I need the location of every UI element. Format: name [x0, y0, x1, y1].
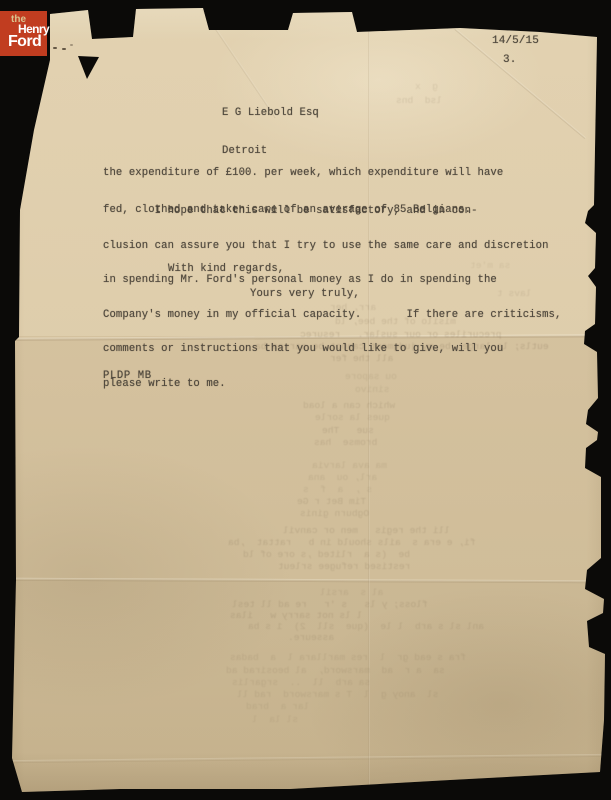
bleed-through-line: fra s ead gr l res marllara l a badas	[230, 653, 466, 663]
fold-crease-bottom	[0, 578, 611, 584]
bleed-through-line: bromse has	[314, 438, 377, 448]
bleed-through-line: ques la sorle	[315, 413, 390, 423]
bleed-through-line: g x	[415, 82, 438, 92]
bleed-through-line: sl la l	[252, 715, 298, 725]
ink-speck	[62, 48, 66, 50]
typist-initials: PLDP MB	[103, 371, 152, 383]
bleed-through-line: s , a f s	[303, 485, 372, 495]
bleed-through-line: sa arb ll .. srgarlis	[232, 678, 370, 688]
bleed-through-line: fi, e era s ails should in b rattat ,ba	[228, 538, 476, 548]
pencil-mark	[70, 44, 73, 46]
bleed-through-line: sa a r ad marsword, al beosirad ad	[226, 666, 445, 676]
body-line: please write to me.	[103, 379, 561, 391]
bleed-through-line: restised refugee srleut	[278, 562, 410, 572]
bleed-through-line: be (s a rlited ,s ore of ld	[243, 550, 410, 560]
bleed-through-line: ma ava larvia	[312, 461, 387, 471]
ink-speck	[53, 47, 57, 49]
logo-ford-text: Ford	[8, 33, 41, 51]
bleed-through-line: asseure.	[288, 633, 334, 643]
bleed-through-line: l ls not sarry w ilas	[230, 611, 362, 621]
page-number: 3.	[503, 55, 516, 67]
letter-page: g xlsd bnssa m'etlavs tarr, bermisilo of…	[0, 0, 611, 800]
closing-line: Yours very truly,	[250, 289, 360, 301]
bleed-through-line: sl anoy g l T s marsword rad ll	[237, 690, 439, 700]
body-line: the expenditure of £100. per week, which…	[103, 167, 503, 179]
scan-viewport: g xlsd bnssa m'etlavs tarr, bermisilo of…	[0, 0, 611, 800]
body-line: in spending Mr. Ford's personal money as…	[103, 275, 561, 287]
bleed-through-line: Ogburn ginis	[300, 509, 369, 519]
bleed-through-line: lsd bns	[396, 96, 442, 106]
bleed-through-line: lli the regis men or canvil	[283, 526, 450, 536]
body-line: Company's money in my official capacity.…	[103, 310, 561, 322]
body-line: clusion can assure you that I try to use…	[103, 241, 561, 253]
recipient-name: E G Liebold Esq	[222, 107, 319, 120]
bleed-through-line: floss; y ls s 'r re ad ll tesl	[232, 600, 428, 610]
henry-ford-logo: the Henry Ford	[0, 11, 47, 56]
fold-crease-lower	[0, 754, 611, 763]
bleed-through-line: lar a brad	[246, 702, 309, 712]
body-line: comments or instructions that you would …	[103, 344, 561, 356]
bleed-through-line: anl sl s arb l le (que sll 2) 1 s ba	[248, 622, 484, 632]
bleed-through-line: sue The	[322, 426, 374, 436]
bleed-through-line: arl, ou ana	[308, 473, 377, 483]
letter-date: 14/5/15	[492, 36, 539, 48]
regards-line: With kind regards,	[168, 264, 284, 276]
bleed-through-line: al s arsil	[320, 588, 383, 598]
bleed-through-line: Tim Bet r Ge	[297, 497, 366, 507]
body-line: I hope that this will be satisfactory, a…	[103, 206, 561, 218]
